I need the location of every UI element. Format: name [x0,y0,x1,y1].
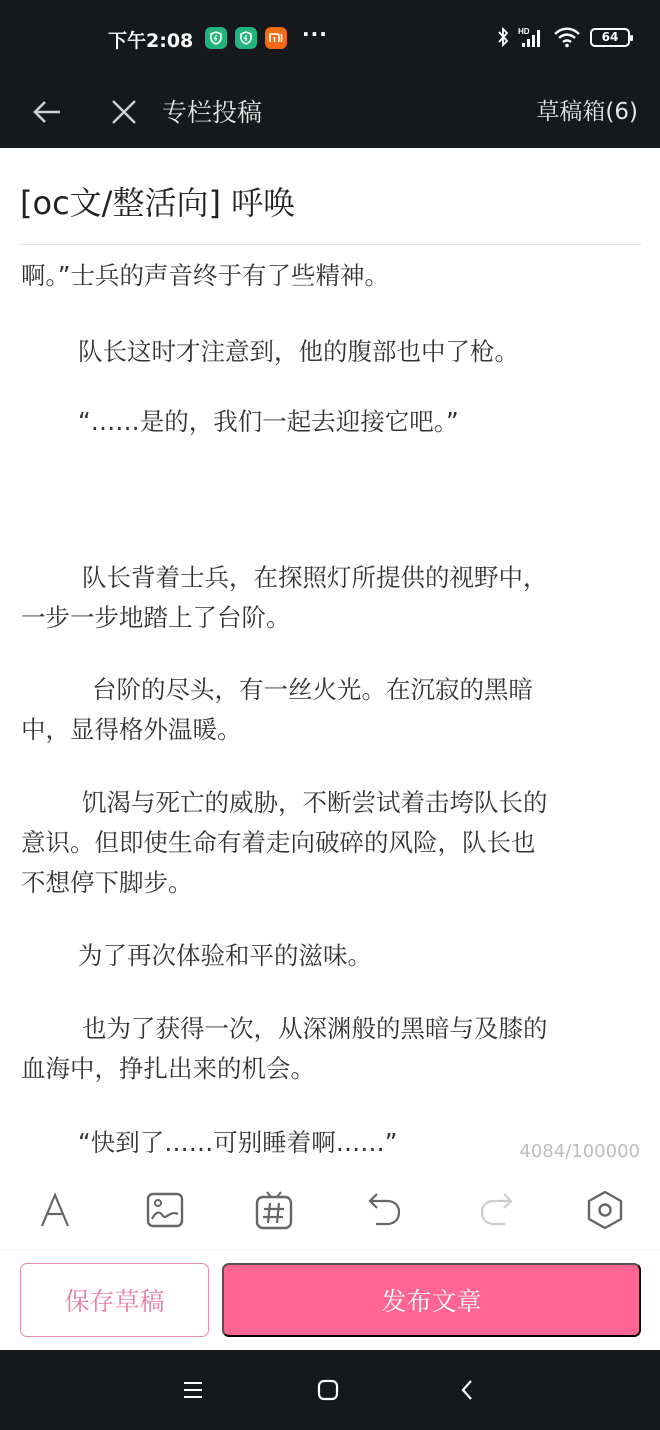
paragraph: 队长这时才注意到，他的腹部也中了枪。 [21,332,641,372]
drafts-box-link[interactable]: 草稿箱(6) [536,93,638,126]
close-icon [110,97,138,127]
word-count: 4084/100000 [519,1141,640,1162]
back-button[interactable] [30,97,64,127]
undo-icon [367,1192,403,1228]
paragraph: 啊。”士兵的声音终于有了些精神。 [21,256,641,296]
status-right-icons: HD 64 [497,26,630,48]
insert-topic-button[interactable] [254,1190,294,1230]
page-title: 专栏投稿 [162,93,262,129]
arrow-left-icon [30,97,64,127]
paragraph: 意识。但即使生命有着走向破碎的风险，队长也 [21,823,641,863]
wifi-icon [553,26,581,48]
paragraph: 血海中，挣扎出来的机会。 [21,1049,641,1089]
paragraph: 饥渴与死亡的威胁，不断尝试着击垮队长的 [21,783,641,823]
battery-icon: 64 [590,28,630,47]
paragraph: 一步一步地踏上了台阶。 [21,598,641,638]
cellular-signal-icon: HD [518,26,544,48]
status-bar: 下午2:08 ··· HD 64 [0,0,660,75]
menu-icon [182,1381,204,1399]
paragraph: 为了再次体验和平的滋味。 [21,936,641,976]
mi-icon [265,27,287,49]
home-button[interactable] [313,1376,343,1404]
redo-icon [478,1192,514,1228]
close-button[interactable] [110,97,138,127]
title-divider [20,244,641,245]
settings-button[interactable] [585,1190,625,1230]
recents-button[interactable] [178,1376,208,1404]
settings-hexagon-icon [586,1190,624,1230]
topic-tv-hashtag-icon [255,1190,293,1230]
home-square-icon [317,1379,339,1401]
publish-article-button[interactable]: 发布文章 [222,1263,641,1337]
paragraph: “……是的，我们一起去迎接它吧。” [21,402,641,442]
app-bar: 专栏投稿 草稿箱(6) [0,75,660,148]
paragraph: 台阶的尽头，有一丝火光。在沉寂的黑暗 [21,670,641,710]
editor-toolbar [0,1170,660,1250]
image-icon [146,1192,184,1228]
text-format-button[interactable] [35,1190,75,1230]
security-shield-icon [205,27,227,49]
bluetooth-icon [497,27,509,47]
undo-button[interactable] [365,1190,405,1230]
status-time: 下午2:08 [108,26,193,53]
chevron-left-icon [460,1379,474,1401]
system-nav-bar [0,1350,660,1430]
battery-level: 64 [602,30,619,44]
paragraph: 中，显得格外温暖。 [21,710,641,750]
paragraph: 不想停下脚步。 [21,863,641,903]
nav-back-button[interactable] [452,1376,482,1404]
article-body-input[interactable]: 啊。”士兵的声音终于有了些精神。 队长这时才注意到，他的腹部也中了枪。 “……是… [21,250,641,1163]
svg-text:HD: HD [518,27,530,36]
paragraph: 也为了获得一次，从深渊般的黑暗与及膝的 [21,1009,641,1049]
more-notifications-icon: ··· [302,22,328,46]
security-shield-icon [235,27,257,49]
text-format-icon [37,1192,73,1228]
paragraph: 队长背着士兵，在探照灯所提供的视野中， [21,558,641,598]
insert-image-button[interactable] [145,1190,185,1230]
redo-button[interactable] [476,1190,516,1230]
article-editor[interactable]: [oc文/整活向] 呼唤 啊。”士兵的声音终于有了些精神。 队长这时才注意到，他… [0,148,660,1170]
article-title-input[interactable]: [oc文/整活向] 呼唤 [20,178,295,224]
action-bar: 保存草稿 发布文章 [0,1251,660,1350]
save-draft-button[interactable]: 保存草稿 [20,1263,209,1337]
